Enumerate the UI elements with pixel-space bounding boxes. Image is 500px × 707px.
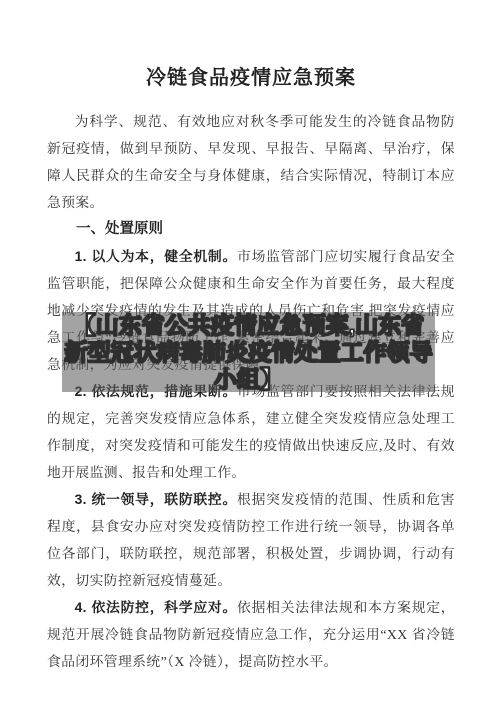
principle-item-2: 2. 依法规范，措施果断。市场监管部门要按照相关法律法规的规定，完善突发疫情应急… (47, 378, 455, 486)
principle-item-3: 3. 统一领导，联防联控。根据突发疫情的范围、性质和危害程度，县食安办应对突发疫… (47, 486, 455, 594)
item-lead: 4. 依法防控，科学应对。 (75, 600, 237, 615)
page-title: 冷链食品疫情应急预案 (47, 64, 455, 92)
document-page: 冷链食品疫情应急预案 为科学、规范、有效地应对秋冬季可能发生的冷链食品物防新冠疫… (0, 0, 500, 707)
item-lead: 1. 以人为本，健全机制。 (75, 249, 237, 264)
section-heading: 一、处置原则 (47, 216, 455, 243)
principle-item-4: 4. 依法防控，科学应对。依据相关法律法规和本方案规定，规范开展冷链食品物防新冠… (47, 594, 455, 675)
overlay-banner-text: 【山东省公共疫情应急预案,山东省新型冠状病毒肺炎疫情处置工作领导小组】 (62, 312, 435, 393)
overlay-banner[interactable]: 【山东省公共疫情应急预案,山东省新型冠状病毒肺炎疫情处置工作领导小组】 (62, 312, 435, 392)
intro-paragraph: 为科学、规范、有效地应对秋冬季可能发生的冷链食品物防新冠疫情，做到早预防、早发现… (47, 108, 455, 216)
item-lead: 3. 统一领导，联防联控。 (75, 492, 237, 507)
